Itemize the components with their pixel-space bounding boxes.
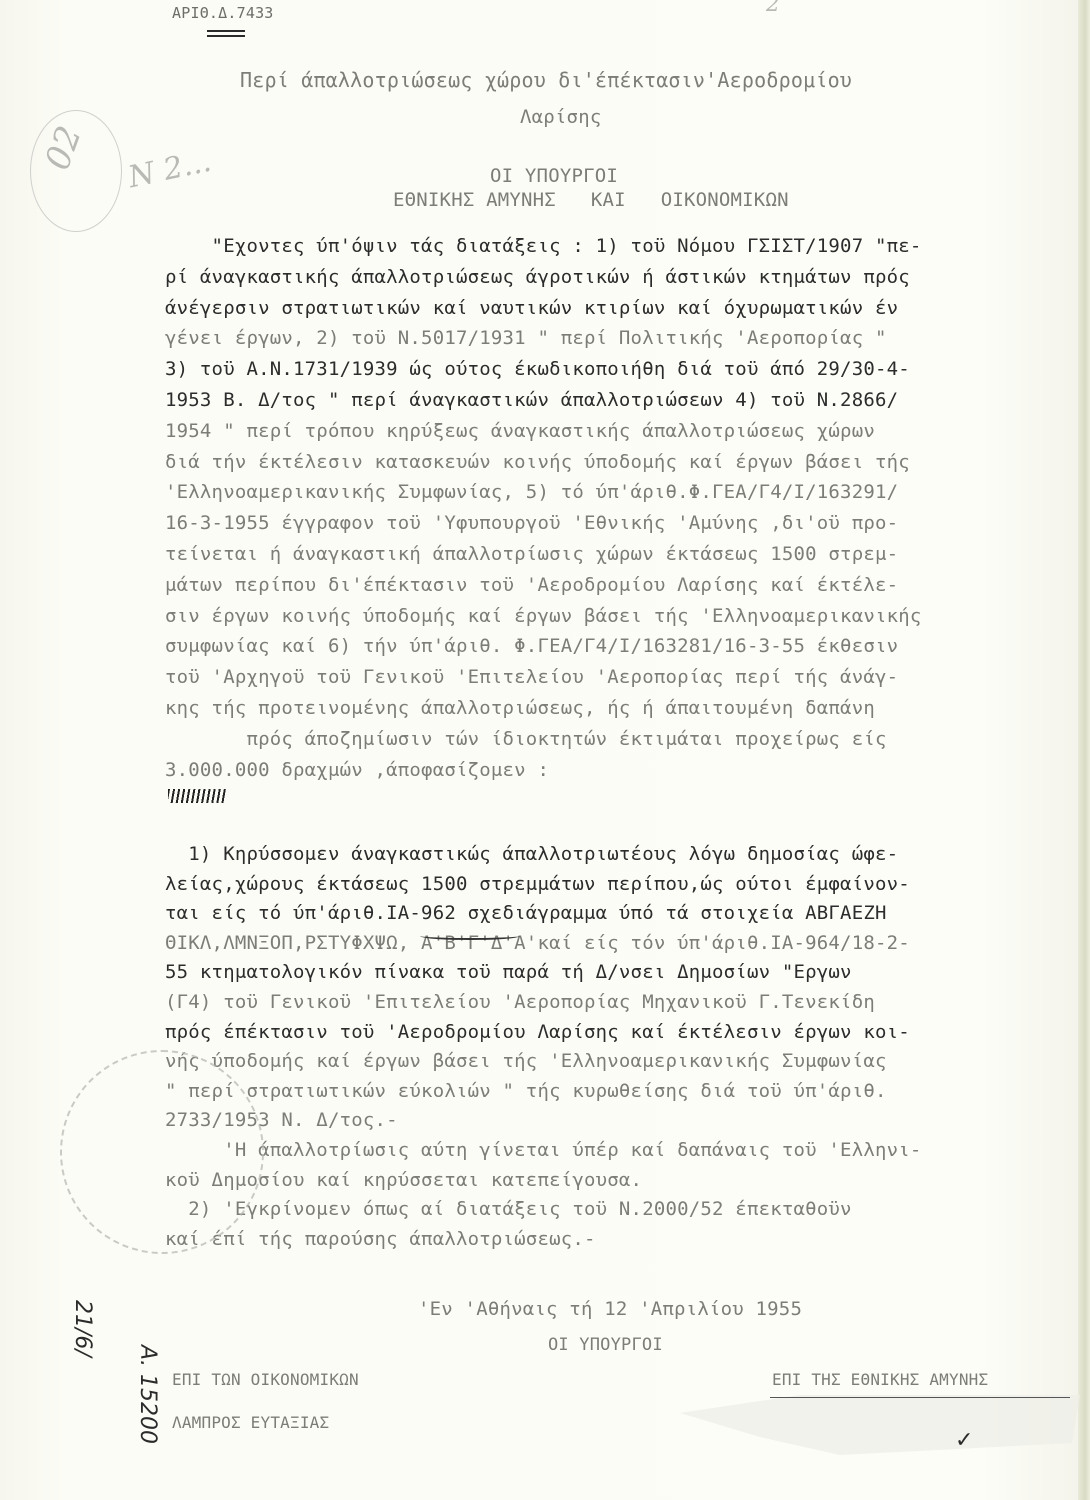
text-line: 'Ελληνοαμερικανικής Συμφωνίας, 5) τό ύπ'… xyxy=(165,481,898,503)
text-line: 'Η άπαλλοτρίωσις αύτη γίνεται ύπέρ καί δ… xyxy=(165,1139,922,1161)
struck-out-word xyxy=(168,789,226,803)
heading-ministers: ΟΙ ΥΠΟΥΡΓΟΙ xyxy=(490,165,618,187)
margin-date: 21/6/ xyxy=(70,1300,95,1357)
page-edge xyxy=(1078,0,1090,1500)
text-line: νής ύποδομής καί έργων βάσει τής 'Ελληνο… xyxy=(165,1050,887,1072)
check-mark-icon: ✓ xyxy=(955,1428,973,1453)
text-line: τείνεται ή άναγκαστική άπαλλοτρίωσις χώρ… xyxy=(165,543,898,565)
text-line: καί έπί τής παρούσης άπαλλοτριώσεως.- xyxy=(165,1228,596,1250)
text-line: ρί άναγκαστικής άπαλλοτριώσεως άγροτικών… xyxy=(165,266,910,288)
signatory-left-name: ΛΑΜΠΡΟΣ ΕΥΤΑΞΙΑΣ xyxy=(172,1413,329,1432)
text-line: 3) τοϋ Α.Ν.1731/1939 ώς ούτος έκωδικοποι… xyxy=(165,358,910,380)
scanned-page xyxy=(0,0,1090,1500)
text-line: λείας,χώρους έκτάσεως 1500 στρεμμάτων πε… xyxy=(165,873,910,895)
signatory-right-title: ΕΠΙ ΤΗΣ ΕΘΝΙΚΗΣ ΑΜΥΝΗΣ xyxy=(772,1370,988,1389)
text-line: " περί στρατιωτικών εύκολιών " τής κυρωθ… xyxy=(165,1080,887,1102)
reference-underline xyxy=(207,30,245,37)
text-line: τοϋ 'Αρχηγοϋ τοϋ Γενικοϋ 'Επιτελείου 'Αε… xyxy=(165,666,898,688)
reference-number: ΑΡΙΘ.Δ.7433 xyxy=(172,4,274,22)
text-line: 1953 Β. Δ/τος " περί άναγκαστικών άπαλλο… xyxy=(165,389,898,411)
text-line: κης τής προτεινομένης άπαλλοτριώσεως, ής… xyxy=(165,697,875,719)
text-line: (Γ4) τοϋ Γενικοϋ 'Επιτελείου 'Αεροπορίας… xyxy=(165,991,875,1013)
text-line: γένει έργων, 2) τοϋ Ν.5017/1931 " περί Π… xyxy=(165,327,887,349)
text-line: ται είς τό ύπ'άριθ.ΙΑ-962 σχεδιάγραμμα ύ… xyxy=(165,902,887,924)
text-line: άνέγερσιν στρατιωτικών καί ναυτικών κτιρ… xyxy=(165,297,898,319)
page-marker: 2 xyxy=(766,0,780,17)
text-line: 55 κτηματολογικόν πίνακα τοϋ παρά τή Δ/ν… xyxy=(165,961,852,983)
text-line: 3.000.000 δραχμών ,άποφασίζομεν : xyxy=(165,759,549,781)
text-line: διά τήν έκτέλεσιν κατασκευών κοινής ύποδ… xyxy=(165,451,910,473)
margin-archive-number: Α. 15200 xyxy=(135,1345,160,1444)
plan-number-underline xyxy=(420,932,520,940)
text-line: πρός άποζημίωσιν τών ίδιοκτητών έκτιμάτα… xyxy=(165,728,887,750)
subject-line: Περί άπαλλοτριώσεως χώρου δι'έπέκτασιν'Α… xyxy=(240,68,852,92)
official-stamp xyxy=(60,1050,264,1254)
text-line: ΘΙΚΛ,ΛΜΝΞΟΠ,ΡΣΤΥΦΧΨΩ, Α'Β'Γ'Δ'Α'καί είς … xyxy=(165,932,910,954)
text-line: πρός έπέκτασιν τοϋ 'Αεροδρομίου Λαρίσης … xyxy=(165,1021,910,1043)
text-line: σιν έργων κοινής ύποδομής καί έργων βάσε… xyxy=(165,605,922,627)
text-line: 16-3-1955 έγγραφον τοϋ 'Υφυπουργοϋ 'Εθνι… xyxy=(165,512,898,534)
signature-line xyxy=(770,1397,1070,1398)
heading-ministries: ΕΘΝΙΚΗΣ ΑΜΥΝΗΣ ΚΑΙ ΟΙΚΟΝΟΜΙΚΩΝ xyxy=(393,189,789,211)
text-line: 1) Κηρύσσομεν άναγκαστικώς άπαλλοτριωτέο… xyxy=(165,843,898,865)
text-line: "Εχοντες ύπ'όψιν τάς διατάξεις : 1) τοϋ … xyxy=(165,235,922,257)
text-line: 2) 'Εγκρίνομεν όπως αί διατάξεις τοϋ Ν.2… xyxy=(165,1198,852,1220)
signatory-left-title: ΕΠΙ ΤΩΝ ΟΙΚΟΝΟΜΙΚΩΝ xyxy=(172,1370,359,1389)
subject-line-city: Λαρίσης xyxy=(520,106,601,128)
signatories-heading: ΟΙ ΥΠΟΥΡΓΟΙ xyxy=(548,1335,663,1355)
text-line: μάτων περίπου δι'έπέκτασιν τοϋ 'Αεροδρομ… xyxy=(165,574,898,596)
text-line: συμφωνίας καί 6) τήν ύπ'άριθ. Φ.ΓΕΑ/Γ4/Ι… xyxy=(165,635,898,657)
place-date: 'Εν 'Αθήναις τή 12 'Απριλίου 1955 xyxy=(418,1298,802,1320)
text-line: 1954 " περί τρόπου κηρύξεως άναγκαστικής… xyxy=(165,420,875,442)
